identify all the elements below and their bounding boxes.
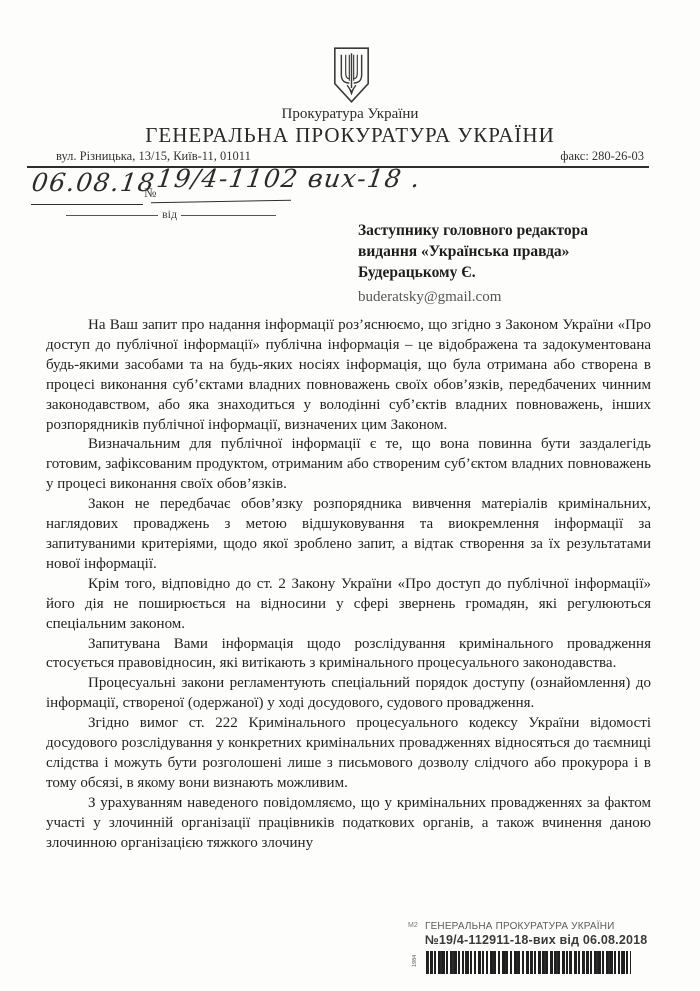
handwritten-date: 06.08.18 <box>30 168 157 197</box>
registration-stamp: М2 ГЕНЕРАЛЬНА ПРОКУРАТУРА УКРАЇНИ №19/4-… <box>408 920 647 974</box>
stamp-registration-number: №19/4-112911-18-вих від 06.08.2018 <box>425 933 648 947</box>
recipient-organization: видання «Українська правда» <box>358 241 663 262</box>
handwritten-outgoing-number: 19/4-1102 вих-18 . <box>155 164 423 193</box>
registration-barcode <box>426 951 631 974</box>
letter-body: На Ваш запит про надання інформації роз’… <box>46 316 651 853</box>
org-address: вул. Різницька, 13/15, Київ-11, 01011 <box>56 149 251 164</box>
org-name-small: Прокуратура України <box>0 106 700 123</box>
paragraph: Згідно вимог ст. 222 Кримінального проце… <box>46 714 651 794</box>
date-underline <box>31 204 143 205</box>
paragraph: Визначальним для публічної інформації є … <box>46 435 651 495</box>
from-label: від <box>162 207 177 222</box>
recipient-title: Заступнику головного редактора <box>358 220 663 241</box>
stamp-org-name: ГЕНЕРАЛЬНА ПРОКУРАТУРА УКРАЇНИ <box>425 920 637 932</box>
org-fax: факс: 280-26-03 <box>560 149 644 164</box>
number-symbol: № <box>144 185 156 201</box>
recipient-email: buderatsky@gmail.com <box>358 289 663 306</box>
header-address-row: вул. Різницька, 13/15, Київ-11, 01011 фа… <box>56 149 644 164</box>
paragraph: Процесуальні закони регламентують спеціа… <box>46 674 651 714</box>
recipient-name: Будерацькому Є. <box>358 262 663 283</box>
stamp-m2-mark: М2 <box>408 922 418 929</box>
number-underline <box>151 200 291 203</box>
reply-number-blank-line <box>181 215 276 216</box>
paragraph: Крім того, відповідно до ст. 2 Закону Ук… <box>46 575 651 635</box>
paragraph: Закон не передбачає обов’язку розпорядни… <box>46 495 651 575</box>
stamp-side-number: 1984 <box>412 957 418 967</box>
paragraph: З урахуванням наведеного повідомляємо, щ… <box>46 794 651 854</box>
reply-date-blank-line <box>66 215 158 216</box>
recipient-block: Заступнику головного редактора видання «… <box>358 220 663 306</box>
paragraph: Запитувана Вами інформація щодо розсліду… <box>46 635 651 675</box>
ukraine-trident-emblem-icon <box>329 46 374 104</box>
org-name-main: ГЕНЕРАЛЬНА ПРОКУРАТУРА УКРАЇНИ <box>0 123 700 148</box>
scanned-letter-page: Прокуратура України ГЕНЕРАЛЬНА ПРОКУРАТУ… <box>0 0 700 991</box>
paragraph: На Ваш запит про надання інформації роз’… <box>46 316 651 435</box>
